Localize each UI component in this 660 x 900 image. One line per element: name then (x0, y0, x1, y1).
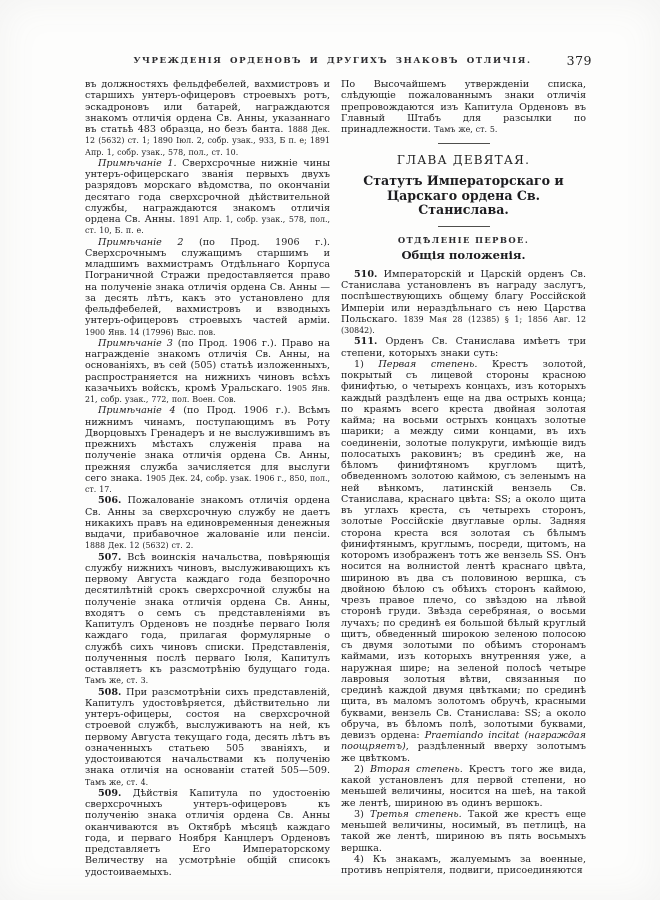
degree-1-paragraph: 1) Первая степень. Крестъ золотой, покры… (341, 359, 586, 764)
chapter-title: Статутъ Императорскаго и Царскаго ордена… (359, 174, 568, 218)
text-segment: Тамъ же, ст. 4. (85, 778, 148, 787)
text-segment: 1900 Янв. 14 (17996) Выс. пов. (85, 328, 215, 337)
text-segment: Примѣчаніе 3 (98, 338, 173, 349)
section-divider (438, 226, 490, 227)
article-509-paragraph: 509. Дѣйствія Капитула по удостоенію све… (85, 788, 330, 878)
text-segment: (по Прод. 1906 г.). Сверхсрочнымъ служащ… (85, 237, 330, 327)
article-508-paragraph: 508. При разсмотрѣніи сихъ представленій… (85, 687, 330, 788)
text-segment: Всѣ воинскія начальства, повѣряющія служ… (85, 552, 330, 676)
text-segment: Тамъ же, ст. 3. (85, 676, 148, 685)
text-segment: 1) (354, 359, 378, 370)
section-heading: ОТДѢЛЕНІЕ ПЕРВОЕ. (341, 235, 586, 245)
note-1-paragraph: Примѣчаніе 1. Сверхсрочные нижніе чины у… (85, 158, 330, 237)
article-511-paragraph: 511. Орденъ Св. Станислава имѣетъ три ст… (341, 336, 586, 359)
text-segment: 509. (98, 788, 121, 799)
text-segment: Вторая степень. (370, 764, 463, 775)
text-segment: 507. (98, 552, 121, 563)
article-510-paragraph: 510. Императорскій и Царскій орденъ Св. … (341, 269, 586, 337)
article-506-paragraph: 506. Пожалованіе знакомъ отличія ордена … (85, 495, 330, 551)
article-507-paragraph: 507. Всѣ воинскія начальства, повѣряющія… (85, 552, 330, 687)
text-segment: 1888 Дек. 12 (5632) ст. 2. (85, 541, 193, 550)
text-segment: При разсмотрѣніи сихъ представленій, Кап… (85, 687, 330, 777)
text-segment: Крестъ золотой, покрытый съ лицевой стор… (341, 359, 586, 741)
text-segment: Третья степень. (370, 809, 462, 820)
running-head: УЧРЕЖДЕНІЯ ОРДЕНОВЪ И ДРУГИХЪ ЗНАКОВЪ ОТ… (85, 56, 580, 70)
text-segment: 3) (354, 809, 370, 820)
degree-4-paragraph: 4) Къ знакамъ, жалуемымъ за военные, про… (341, 854, 586, 877)
note-2-paragraph: Примѣчаніе 2 (по Прод. 1906 г.). Сверхср… (85, 237, 330, 338)
running-title: УЧРЕЖДЕНІЯ ОРДЕНОВЪ И ДРУГИХЪ ЗНАКОВЪ ОТ… (85, 56, 580, 66)
text-segment: 511. (354, 336, 377, 347)
text-segment: Тамъ же, ст. 5. (434, 125, 497, 134)
text-segment: 4) Къ знакамъ, жалуемымъ за военные, про… (341, 854, 586, 876)
continuation-paragraph: въ должностяхъ фельдфебелей, вахмистровъ… (85, 79, 330, 158)
subsection-heading: Общія положенія. (341, 248, 586, 262)
chapter-heading: ГЛАВА ДЕВЯТАЯ. (341, 153, 586, 167)
text-segment: (по Прод. 1906 г.). Всѣмъ нижнимъ чинамъ… (85, 405, 330, 484)
text-columns: въ должностяхъ фельдфебелей, вахмистровъ… (85, 79, 586, 878)
text-segment: Пожалованіе знакомъ отличія ордена Св. А… (85, 495, 330, 540)
left-column: въ должностяхъ фельдфебелей, вахмистровъ… (85, 79, 330, 878)
note-4-paragraph: Примѣчаніе 4 (по Прод. 1906 г.). Всѣмъ н… (85, 405, 330, 495)
text-segment: 506. (98, 495, 121, 506)
degree-2-paragraph: 2) Вторая степень. Крестъ того же вида, … (341, 764, 586, 809)
continuation-paragraph: По Высочайшемъ утвержденіи списка, слѣду… (341, 79, 586, 135)
page-number: 379 (567, 53, 592, 68)
section-divider (438, 143, 490, 144)
text-segment: Примѣчаніе 2 (98, 237, 183, 248)
text-segment: Первая степень. (378, 359, 477, 370)
book-page: УЧРЕЖДЕНІЯ ОРДЕНОВЪ И ДРУГИХЪ ЗНАКОВЪ ОТ… (0, 0, 660, 900)
text-segment: 508. (98, 687, 121, 698)
right-column: По Высочайшемъ утвержденіи списка, слѣду… (341, 79, 586, 878)
text-segment: Дѣйствія Капитула по удостоенію сверхсро… (85, 788, 330, 878)
note-3-paragraph: Примѣчаніе 3 (по Прод. 1906 г.). Право н… (85, 338, 330, 406)
text-segment: Орденъ Св. Станислава имѣетъ три степени… (341, 336, 586, 358)
text-segment: 510. (354, 269, 377, 280)
degree-3-paragraph: 3) Третья степень. Такой же крестъ еще м… (341, 809, 586, 854)
text-segment: Примѣчаніе 4 (98, 405, 176, 416)
text-segment: 2) (354, 764, 370, 775)
text-segment: Примѣчаніе 1. (98, 158, 177, 169)
